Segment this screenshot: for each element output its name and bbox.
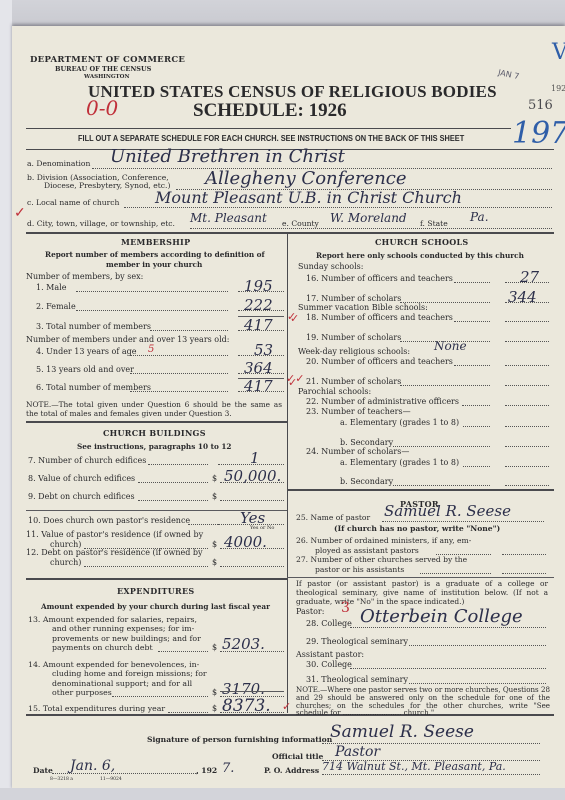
expenditure-item-label: payments on church debt <box>52 643 153 652</box>
school-value-field[interactable] <box>505 426 549 427</box>
q27-field[interactable] <box>502 573 546 574</box>
pastor-name-label: 25. Name of pastor <box>296 513 370 522</box>
school-item-label: 24. Number of scholars— <box>306 447 409 456</box>
expenditure-item-label: 13. Amount expended for salaries, repair… <box>28 615 197 624</box>
building-value[interactable]: 50,000. <box>224 467 281 485</box>
school-item-label: 21. Number of scholars <box>306 377 401 386</box>
expenditure-item-label: other purposes <box>52 688 112 697</box>
membership-value[interactable]: 417 <box>244 377 273 395</box>
school-item-label: 22. Number of administrative officers <box>306 397 459 406</box>
membership-note: NOTE.—The total given under Question 6 s… <box>26 400 282 418</box>
weekday-schools-label: Week-day religious schools: <box>298 347 410 356</box>
expenditure-item-label: cluding home and foreign missions; for <box>52 669 207 678</box>
school-item-label: 17. Number of scholars <box>306 294 401 303</box>
by-sex-label: Number of members, by sex: <box>26 272 143 281</box>
q26-field[interactable] <box>502 554 546 555</box>
asst-seminary-label: 31. Theological seminary <box>306 675 408 684</box>
red-annotation: 5 <box>148 344 154 355</box>
building-value[interactable]: 1 <box>250 449 260 467</box>
school-value-field[interactable] <box>505 446 549 447</box>
college-field[interactable]: Otterbein College <box>360 606 523 627</box>
building-item-line <box>84 566 208 567</box>
membership-heading: MEMBERSHIP <box>121 237 190 247</box>
po-address-label: P. O. Address <box>264 766 319 775</box>
instructions-banner: FILL OUT A SEPARATE SCHEDULE FOR EACH CH… <box>78 133 464 143</box>
membership-item-line <box>130 391 228 392</box>
page-subtitle: SCHEDULE: 1926 <box>193 100 347 122</box>
divider <box>26 578 287 580</box>
sum-underline <box>220 691 284 692</box>
yes-no-hint: Yes or No <box>250 525 274 531</box>
pastor-name-line <box>382 521 544 522</box>
school-value-field[interactable] <box>505 485 549 486</box>
q27-label: 27. Number of other churches served by t… <box>296 555 467 564</box>
expenditure-item-line <box>168 712 208 713</box>
membership-item-line <box>76 310 228 311</box>
pastor-name-field[interactable]: Samuel R. Seese <box>384 502 511 520</box>
sum-underline <box>238 316 284 317</box>
official-title-label: Official title <box>272 752 323 761</box>
division-field[interactable]: Allegheny Conference <box>205 168 407 189</box>
asst-college-field[interactable] <box>350 668 546 669</box>
school-value-field[interactable] <box>505 405 549 406</box>
background-bottom <box>0 788 565 800</box>
church-schools-heading: CHURCH SCHOOLS <box>375 237 469 247</box>
school-item-label: 23. Number of teachers— <box>306 407 411 416</box>
red-check-mark: ✓ <box>282 700 291 713</box>
expenditures-instruction: Amount expended by your church during la… <box>41 602 270 611</box>
school-item-line <box>400 302 490 303</box>
city-label: WASHINGTON <box>84 74 129 80</box>
department-label: DEPARTMENT OF COMMERCE <box>30 55 185 65</box>
county-label: e. County <box>282 219 319 228</box>
asst-college-label: 30. College <box>306 660 352 669</box>
q26-label-cont: ployed as assistant pastors <box>315 546 419 555</box>
local-name-field[interactable]: Mount Pleasant U.B. in Christ Church <box>155 188 462 207</box>
dollar-sign: $ <box>212 643 217 652</box>
school-item-label: 20. Number of officers and teachers <box>306 357 453 366</box>
signature-label: Signature of person furnishing informati… <box>147 735 332 744</box>
sunday-schools-label: Sunday schools: <box>298 262 363 271</box>
building-value-field[interactable] <box>220 566 284 567</box>
college-line <box>350 627 546 628</box>
membership-item-line <box>76 291 228 292</box>
form-code: 8—3218 a <box>50 777 73 782</box>
q27-label-cont: pastor or his assistants <box>315 565 404 574</box>
church-buildings-heading: CHURCH BUILDINGS <box>103 428 206 438</box>
expenditure-item-label: 14. Amount expended for benevolences, in… <box>28 660 199 669</box>
divider <box>26 232 554 234</box>
school-item-label: b. Secondary <box>340 438 393 447</box>
school-value-field[interactable] <box>505 321 549 322</box>
divider <box>287 577 554 578</box>
city-line <box>190 228 552 229</box>
building-item-label: 8. Value of church edifices <box>28 474 135 483</box>
school-item-line <box>400 341 490 342</box>
parochial-schools-label: Parochial schools: <box>298 387 371 396</box>
building-item-label: 7. Number of church edifices <box>28 456 146 465</box>
signature-field[interactable]: Samuel R. Seese <box>330 722 474 742</box>
seminary-field[interactable] <box>409 645 546 646</box>
red-annotation: 0-0 <box>86 96 118 120</box>
assistant-pastor-subheading: Assistant pastor: <box>296 650 364 659</box>
background-left <box>0 0 12 800</box>
dollar-sign: $ <box>212 540 217 549</box>
expenditure-item-label: provements or new buildings; and for <box>52 634 201 643</box>
building-item-line <box>138 482 208 483</box>
building-item-label: 10. Does church own pastor's residence <box>28 516 190 525</box>
school-item-label: b. Secondary <box>340 477 393 486</box>
red-check-mark: ✓ <box>290 312 299 325</box>
state-field[interactable]: Pa. <box>470 210 489 224</box>
red-check-mark: ✓ <box>288 376 297 389</box>
denomination-label: a. Denomination <box>27 159 90 168</box>
dollar-sign: $ <box>212 474 217 483</box>
local-name-label: c. Local name of church <box>27 198 119 207</box>
expenditure-item-line <box>158 651 208 652</box>
red-college-mark: 3 <box>341 600 350 616</box>
membership-value[interactable]: 417 <box>244 316 273 334</box>
school-item-line <box>454 282 491 283</box>
school-item-label: 18. Number of officers and teachers <box>306 313 453 322</box>
membership-value[interactable]: 364 <box>244 359 273 377</box>
membership-item-label: 3. Total number of members <box>36 322 151 331</box>
state-label: f. State <box>420 219 448 228</box>
expenditure-item-label: denominational support; and for all <box>52 679 192 688</box>
school-item-line <box>463 466 490 467</box>
bureau-label: BUREAU OF THE CENSUS <box>55 65 151 73</box>
received-stamp-year: 192 <box>551 84 565 93</box>
school-item-line <box>454 365 491 366</box>
q26-label: 26. Number of ordained ministers, if any… <box>296 536 471 545</box>
membership-item-line <box>150 330 228 331</box>
school-value[interactable]: 27 <box>520 268 539 286</box>
blue-handwritten-number: 197 <box>512 116 565 151</box>
membership-value[interactable]: 222 <box>244 296 273 314</box>
year-prefix: , 192 <box>196 766 217 775</box>
school-item-line <box>400 385 490 386</box>
school-item-label: 16. Number of officers and teachers <box>306 274 453 283</box>
divider <box>287 489 554 491</box>
official-title-field[interactable]: Pastor <box>335 744 380 760</box>
expenditure-value[interactable]: 5203. <box>222 635 265 653</box>
asst-seminary-field[interactable] <box>409 683 546 684</box>
church-schools-instruction: Report here only schools conducted by th… <box>316 251 524 260</box>
pastor-name-hint: (If church has no pastor, write "None") <box>334 524 500 533</box>
city-field[interactable]: Mt. Pleasant <box>190 211 267 225</box>
po-address-field[interactable]: 714 Walnut St., Mt. Pleasant, Pa. <box>322 760 506 773</box>
division-label-cont: Diocese, Presbytery, Synod, etc.) <box>44 181 170 190</box>
page-title: UNITED STATES CENSUS OF RELIGIOUS BODIES <box>88 82 497 102</box>
school-value-field[interactable] <box>505 341 549 342</box>
membership-value[interactable]: 53 <box>254 341 273 359</box>
building-item-label: 9. Debt on church edifices <box>28 492 135 501</box>
form-code-2: 11—9024 <box>100 777 122 782</box>
denomination-field[interactable]: United Brethren in Christ <box>110 146 345 167</box>
expenditure-item-line <box>112 696 208 697</box>
membership-value[interactable]: 195 <box>244 277 273 295</box>
education-instruction: If pastor (or assistant pastor) is a gra… <box>296 579 548 606</box>
school-item-line <box>462 405 490 406</box>
blue-check-mark: V <box>552 40 565 65</box>
divider <box>26 421 287 423</box>
date-label: Date <box>33 766 53 775</box>
building-item-label: 12. Debt on pastor's residence (if owned… <box>26 548 203 557</box>
school-value-field[interactable] <box>505 466 549 467</box>
expenditure-item-label: 15. Total expenditures during year <box>28 704 165 713</box>
column-divider <box>287 233 288 713</box>
membership-item-label: 4. Under 13 years of age <box>36 347 136 356</box>
membership-item-label: 5. 13 years old and over <box>36 365 134 374</box>
county-field[interactable]: W. Moreland <box>330 211 407 225</box>
membership-instruction: Report number of members according to de… <box>45 250 265 259</box>
pastor-note: NOTE.—Where one pastor serves two or mor… <box>296 686 550 717</box>
year-field[interactable]: 7. <box>222 761 234 776</box>
red-check-mark: ✓ <box>14 205 26 221</box>
school-value[interactable]: 344 <box>508 288 537 306</box>
stamp-number: 516 <box>528 98 553 113</box>
date-field[interactable]: Jan. 6, <box>70 758 115 774</box>
membership-item-label: 2. Female <box>36 302 76 311</box>
dollar-sign: $ <box>212 492 217 501</box>
divider <box>26 128 511 129</box>
school-value-field[interactable] <box>505 365 549 366</box>
expenditures-heading: EXPENDITURES <box>117 586 194 596</box>
school-item-label: 19. Number of scholars <box>306 333 401 342</box>
age-label: Number of members under and over 13 year… <box>26 335 229 344</box>
po-address-line <box>322 774 540 775</box>
building-item-label: 11. Value of pastor's residence (if owne… <box>26 530 203 539</box>
local-name-line <box>124 207 552 208</box>
building-item-label-cont: church) <box>50 558 81 567</box>
church-buildings-instruction: See instructions, paragraphs 10 to 12 <box>77 442 232 451</box>
membership-item-label: 1. Male <box>36 283 66 292</box>
membership-instruction-cont: member in your church <box>106 260 202 269</box>
pastor-subheading: Pastor: <box>296 607 324 616</box>
sum-underline <box>238 378 284 379</box>
dollar-sign: $ <box>212 704 217 713</box>
school-item-label: a. Elementary (grades 1 to 8) <box>340 418 459 427</box>
city-label: d. City, town, village, or township, etc… <box>27 219 175 228</box>
school-item-line <box>463 426 490 427</box>
school-item-label: a. Elementary (grades 1 to 8) <box>340 458 459 467</box>
building-item-line <box>148 464 208 465</box>
school-item-line <box>454 321 491 322</box>
building-value-field[interactable] <box>220 500 284 501</box>
school-item-line <box>393 485 490 486</box>
building-value[interactable]: 4000. <box>224 533 267 551</box>
expenditure-item-label: and other running expenses; for im- <box>52 624 194 633</box>
college-label: 28. College <box>306 619 352 628</box>
membership-item-line <box>130 373 228 374</box>
summer-schools-label: Summer vacation Bible schools: <box>298 303 428 312</box>
building-item-line <box>138 500 208 501</box>
expenditure-value[interactable]: 8373. <box>222 696 271 716</box>
divider <box>26 714 287 715</box>
dollar-sign: $ <box>212 558 217 567</box>
membership-item-line <box>130 355 228 356</box>
dollar-sign: $ <box>212 688 217 697</box>
seminary-label: 29. Theological seminary <box>306 637 408 646</box>
q27-line <box>420 573 491 574</box>
school-value-field[interactable] <box>505 385 549 386</box>
